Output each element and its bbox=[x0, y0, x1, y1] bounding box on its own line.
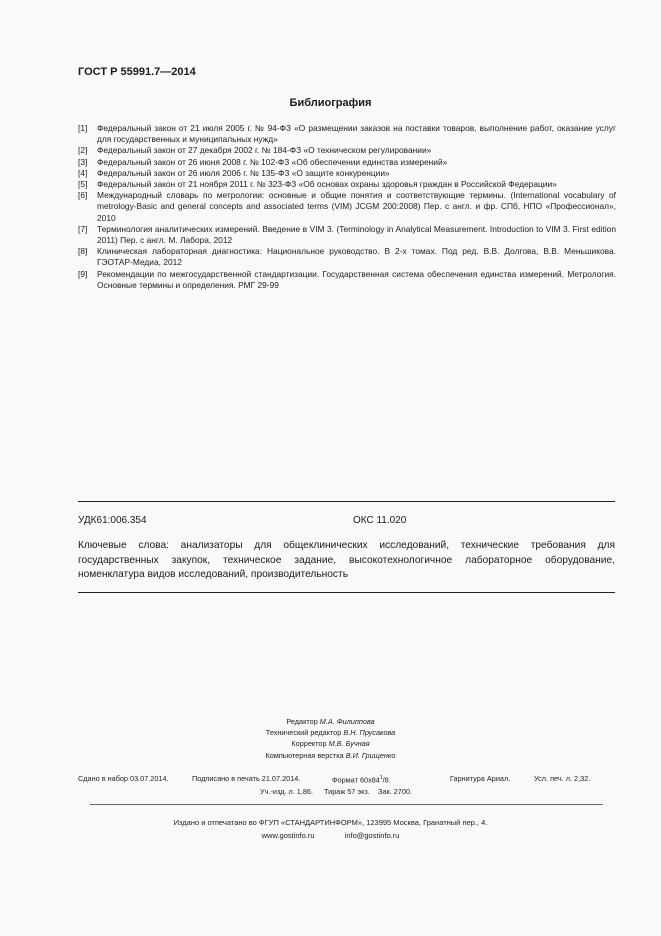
format-suffix: /8. bbox=[383, 775, 391, 784]
bibliography-item-number: [7] bbox=[78, 224, 97, 246]
order-number: Зак. 2700. bbox=[378, 785, 412, 798]
publisher-website-link[interactable]: www.gostinfo.ru bbox=[262, 831, 315, 840]
bibliography-item-number: [8] bbox=[78, 246, 97, 268]
credit-person: М.В. Бучная bbox=[329, 739, 370, 748]
bibliography-item-text: Федеральный закон от 21 июля 2005 г. № 9… bbox=[97, 123, 616, 145]
bibliography-item: [7] Терминология аналитических измерений… bbox=[78, 224, 616, 246]
credit-line: Технический редактор В.Н. Прусакова bbox=[0, 727, 661, 738]
footer-divider bbox=[90, 804, 603, 805]
bibliography-item: [8] Клиническая лабораторная диагностика… bbox=[78, 246, 616, 268]
bibliography-title: Библиография bbox=[0, 97, 661, 109]
format-prefix: Формат 60x84 bbox=[332, 775, 380, 784]
bibliography-item-number: [3] bbox=[78, 157, 97, 168]
signed-date: Подписано в печать 21.07.2014. bbox=[192, 772, 300, 785]
bibliography-item-text: Федеральный закон от 21 ноября 2011 г. №… bbox=[97, 179, 616, 190]
bibliography-item: [2] Федеральный закон от 27 декабря 2002… bbox=[78, 145, 616, 156]
bibliography-item: [9] Рекомендации по межгосударственной с… bbox=[78, 269, 616, 291]
bibliography-item: [1] Федеральный закон от 21 июля 2005 г.… bbox=[78, 123, 616, 145]
bibliography-item-text: Терминология аналитических измерений. Вв… bbox=[97, 224, 616, 246]
publisher-address: Издано и отпечатано во ФГУП «СТАНДАРТИНФ… bbox=[0, 817, 661, 830]
print-sheets: Усл. печ. л. 2,32. bbox=[534, 772, 590, 785]
keywords: Ключевые слова: анализаторы для общеклин… bbox=[78, 539, 615, 583]
bibliography-item-text: Клиническая лабораторная диагностика: На… bbox=[97, 246, 616, 268]
oks-code: ОКС 11.020 bbox=[353, 515, 406, 526]
bibliography-item: [3] Федеральный закон от 26 июня 2008 г.… bbox=[78, 157, 616, 168]
bibliography-item-number: [4] bbox=[78, 168, 97, 179]
publisher-block: Издано и отпечатано во ФГУП «СТАНДАРТИНФ… bbox=[0, 817, 661, 842]
bibliography-item-text: Рекомендации по межгосударственной станд… bbox=[97, 269, 616, 291]
bibliography-item-number: [2] bbox=[78, 145, 97, 156]
bibliography-item: [5] Федеральный закон от 21 ноября 2011 … bbox=[78, 179, 616, 190]
credit-role: Компьютерная верстка bbox=[266, 751, 344, 760]
credit-line: Компьютерная верстка В.И. Грищенко bbox=[0, 750, 661, 761]
bibliography-item-number: [5] bbox=[78, 179, 97, 190]
divider-bottom bbox=[78, 592, 615, 593]
publisher-email-link[interactable]: info@gostinfo.ru bbox=[345, 831, 400, 840]
typeface: Гарнитура Ариал. bbox=[450, 772, 510, 785]
bibliography-item-text: Федеральный закон от 26 июля 2006 г. № 1… bbox=[97, 168, 616, 179]
bibliography-item-text: Международный словарь по метрологии: осн… bbox=[97, 190, 616, 224]
credit-role: Корректор bbox=[291, 739, 326, 748]
publisher-sheets: Уч.-изд. л. 1,86. bbox=[260, 785, 313, 798]
bibliography-item-text: Федеральный закон от 27 декабря 2002 г. … bbox=[97, 145, 616, 156]
credit-role: Технический редактор bbox=[266, 728, 342, 737]
credit-role: Редактор bbox=[286, 717, 317, 726]
bibliography-item-number: [1] bbox=[78, 123, 97, 145]
credit-line: Редактор М.А. Филиппова bbox=[0, 716, 661, 727]
bibliography-item-number: [9] bbox=[78, 269, 97, 291]
bibliography-list: [1] Федеральный закон от 21 июля 2005 г.… bbox=[78, 123, 616, 291]
submitted-date: Сдано в набор 03.07.2014. bbox=[78, 772, 169, 785]
bibliography-item-text: Федеральный закон от 26 июня 2008 г. № 1… bbox=[97, 157, 616, 168]
bibliography-item: [6] Международный словарь по метрологии:… bbox=[78, 190, 616, 224]
credit-person: В.И. Грищенко bbox=[346, 751, 396, 760]
standard-id: ГОСТ Р 55991.7—2014 bbox=[78, 66, 196, 78]
udk-code: УДК61:006.354 bbox=[78, 515, 147, 526]
bibliography-item: [4] Федеральный закон от 26 июля 2006 г.… bbox=[78, 168, 616, 179]
credit-line: Корректор М.В. Бучная bbox=[0, 738, 661, 749]
bibliography-item-number: [6] bbox=[78, 190, 97, 224]
credit-person: В.Н. Прусакова bbox=[343, 728, 395, 737]
publisher-contacts: www.gostinfo.ru info@gostinfo.ru bbox=[0, 830, 661, 843]
credit-person: М.А. Филиппова bbox=[320, 717, 375, 726]
circulation: Тираж 57 экз. bbox=[324, 785, 370, 798]
credits-block: Редактор М.А. Филиппова Технический реда… bbox=[0, 716, 661, 761]
divider-top bbox=[78, 501, 615, 502]
